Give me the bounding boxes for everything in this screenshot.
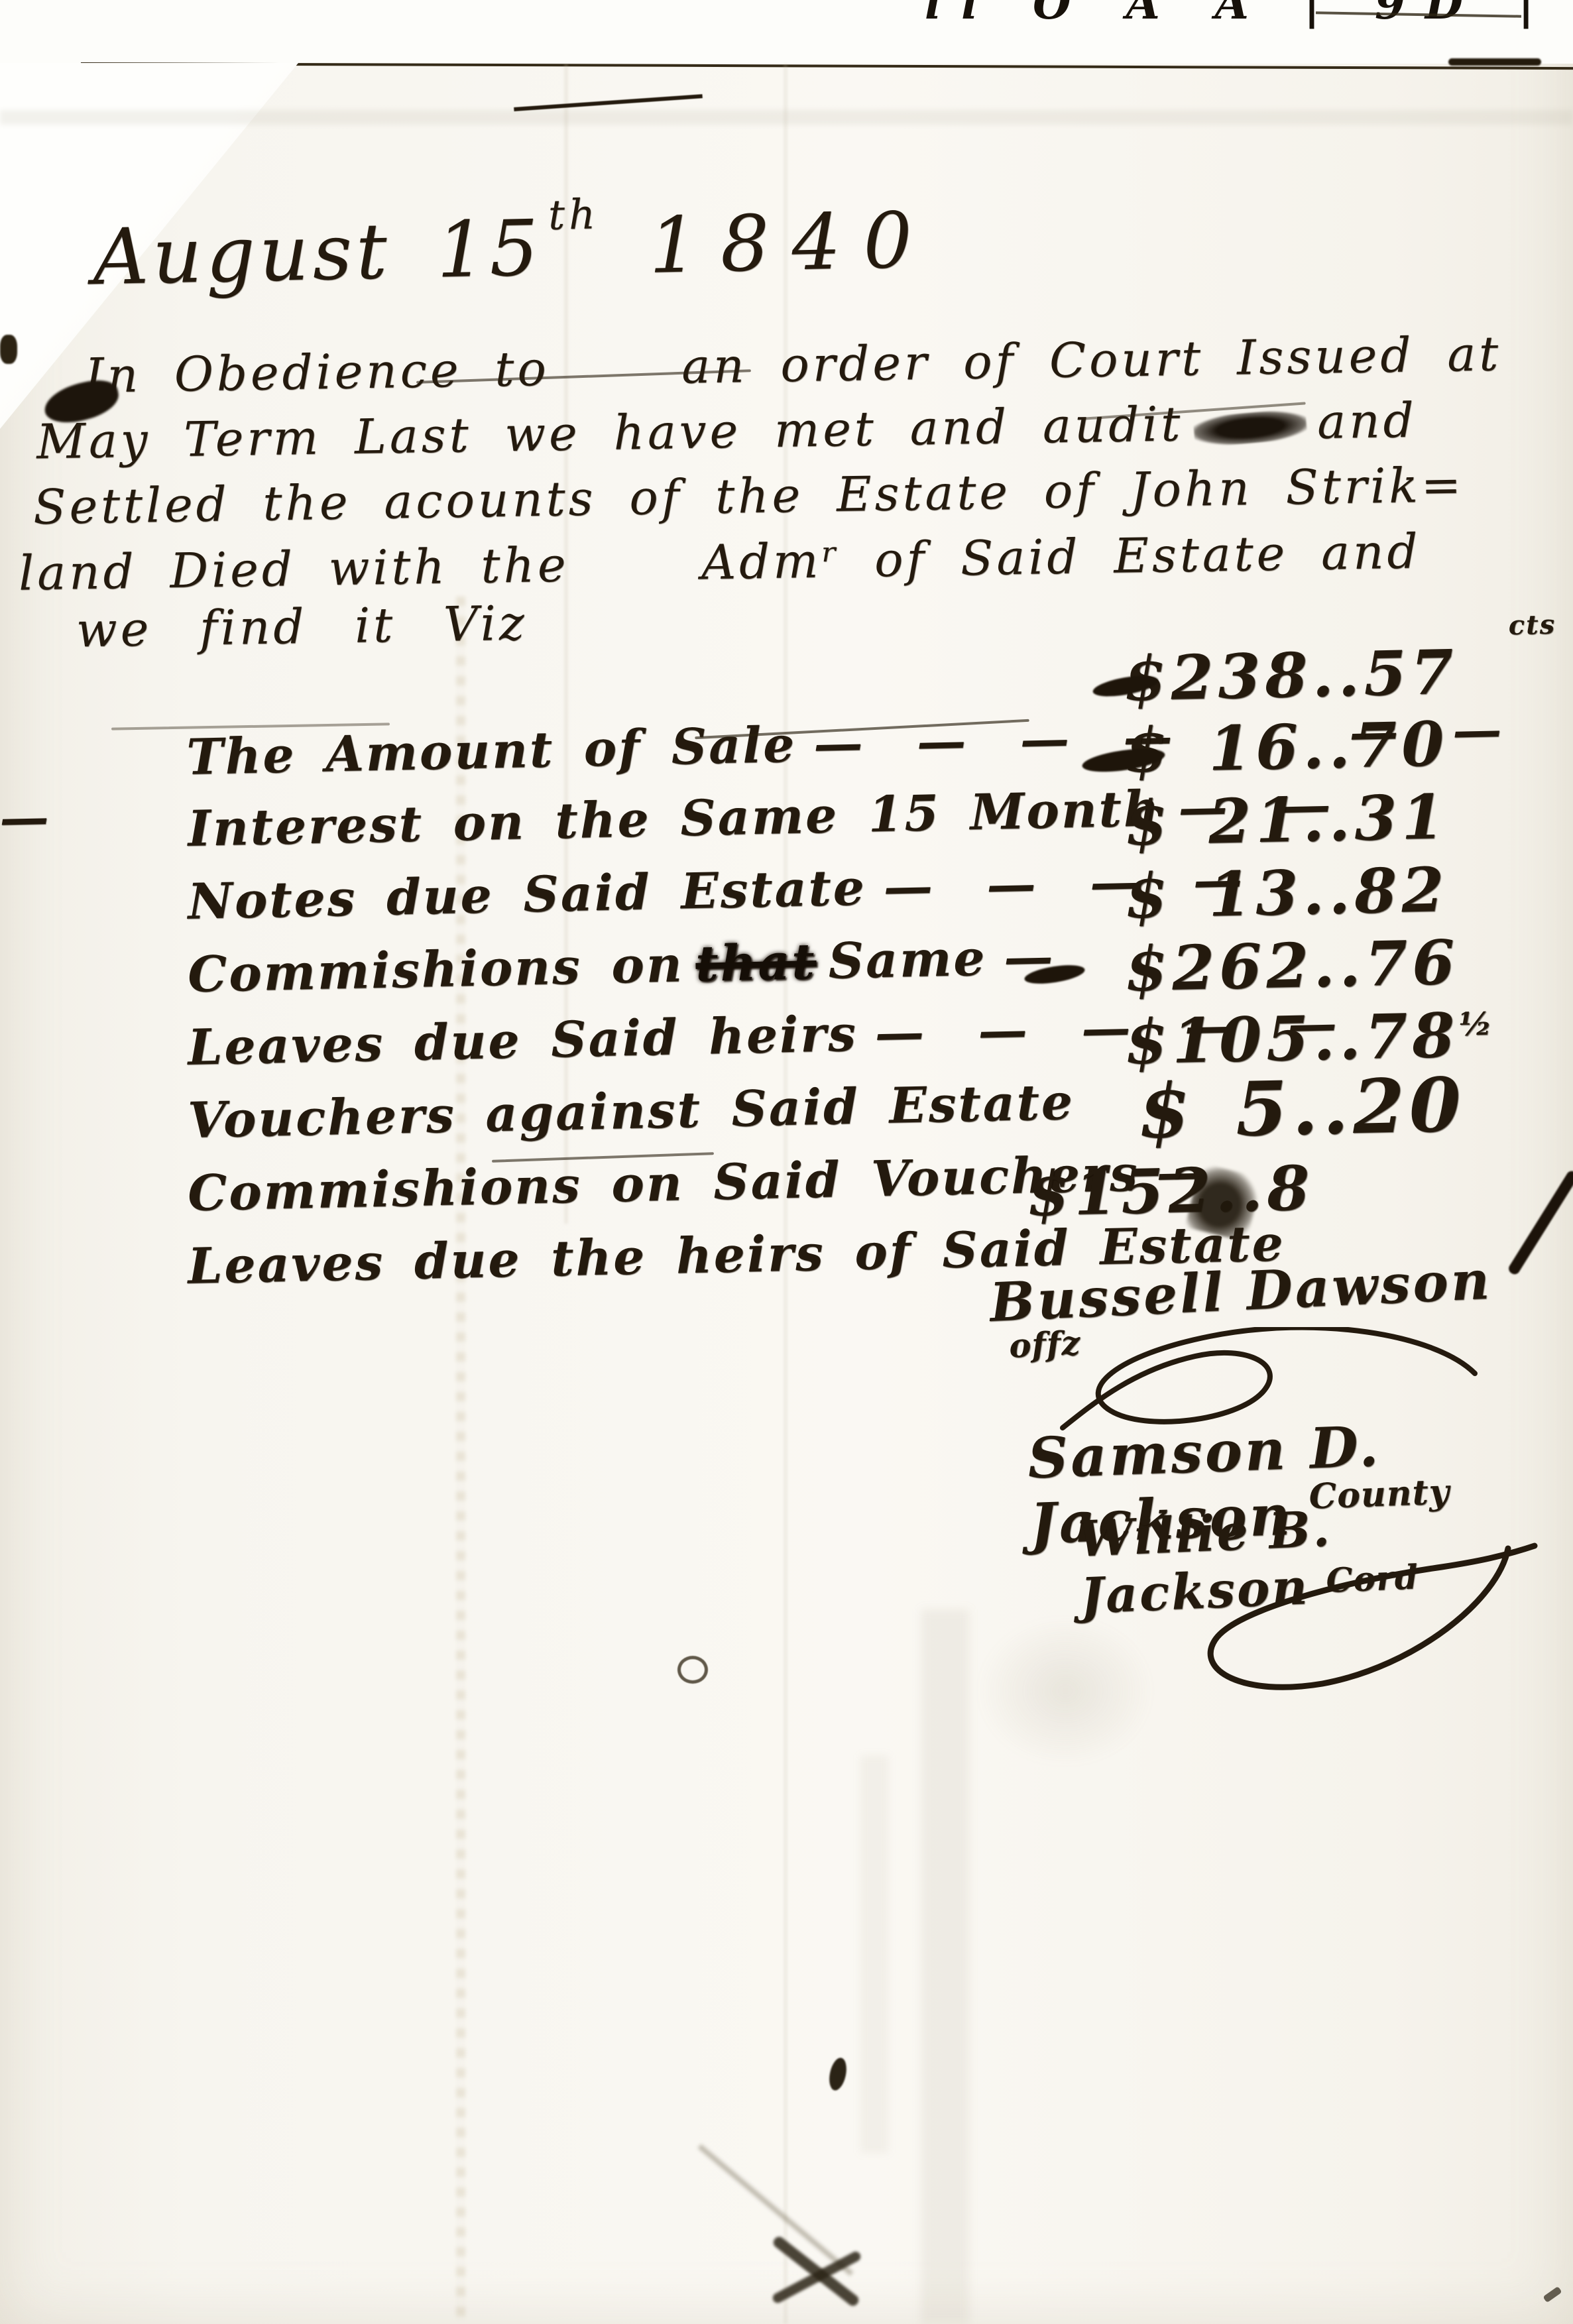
ink-ring-stain <box>677 1656 708 1684</box>
date-year: 1840 <box>648 196 935 291</box>
row-amount: $ 5..20 <box>1137 1062 1466 1155</box>
faint-vertical-streak <box>860 1755 888 2153</box>
left-edge-ink-mark <box>0 335 17 364</box>
body-line-viz: we find it Viz <box>76 595 528 658</box>
page-edge-ink-blot <box>1448 58 1541 66</box>
faint-smudge-streak <box>698 2144 854 2276</box>
body-line-obedience: In Obedience to an order of Court Issued… <box>84 325 1501 404</box>
body-line-may-term: May Term Last we have met and auditand <box>36 392 1417 470</box>
overlapping-page-edge: ll O A A | 9D | W <box>0 0 1573 64</box>
signature-descender-loop <box>1137 1539 1548 1698</box>
body-line-land: land Died with the Admʳ of Said Estate a… <box>18 523 1421 601</box>
date-line: August 15th1840 <box>92 196 936 303</box>
faint-vertical-streak <box>921 1609 969 2324</box>
row-amount: $ 13..82 <box>1124 854 1449 932</box>
row-amount: $152..8 <box>1026 1152 1314 1230</box>
row-amount: $ 16..70 <box>1124 708 1449 786</box>
half-cent-superscript: ½ <box>1458 1006 1493 1043</box>
row-amount: $262..76 <box>1124 927 1460 1006</box>
row-amount: $238..57 <box>1123 636 1458 715</box>
faint-smudge-cluster <box>976 1615 1155 1767</box>
ink-drop-stain <box>827 2056 849 2092</box>
ordinal-cross-stroke <box>514 94 703 111</box>
date-ordinal: th <box>548 190 599 239</box>
date-month-day: August 15 <box>92 203 544 302</box>
ink-blot-strikeout <box>1193 408 1308 447</box>
corner-ink-mark <box>1543 2286 1562 2303</box>
row-amount: $ 21..31 <box>1124 781 1449 859</box>
cents-superscript: cts <box>1508 609 1556 641</box>
body-line-settled: Settled the acounts of the Estate of Joh… <box>32 457 1464 535</box>
scanned-document-page: ll O A A | 9D | W August 15th1840 In Obe… <box>0 0 1573 2324</box>
